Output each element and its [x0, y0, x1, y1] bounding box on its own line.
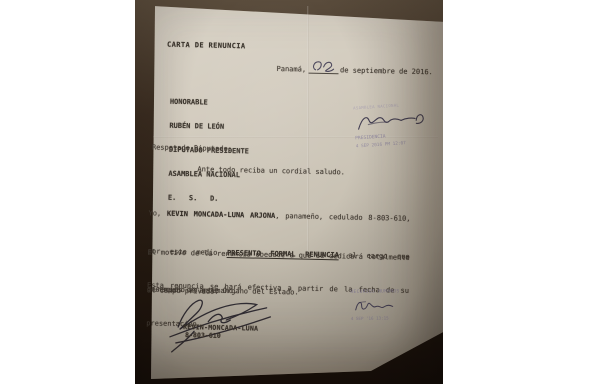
rrhh-stamp-signature-icon: [351, 296, 397, 315]
handwritten-day: [308, 61, 338, 75]
date-prefix: Panamá,: [277, 65, 307, 74]
presidencia-received-stamp: ASAMBLEA NACIONAL PRESIDENCIA 4 SEP 2016…: [353, 99, 443, 152]
recursos-humanos-stamp: RECURSOS HUMANOS 4 SEP '16 13:15: [350, 288, 430, 323]
date-line: Panamá,de septiembre de 2016.: [277, 60, 433, 76]
handwritten-day-scribble-icon: [309, 59, 335, 74]
date-suffix: de septiembre de 2016.: [340, 66, 433, 76]
photo-of-letter: CARTA DE RENUNCIA Panamá,de septiembre d…: [135, 0, 443, 384]
stamp-office-label: RECURSOS HUMANOS: [350, 288, 430, 297]
letter-title: CARTA DE RENUNCIA: [167, 41, 246, 51]
signer-name-inline: KEVIN MONCADA-LUNA ARJONA: [167, 210, 276, 220]
stamp-datetime: 4 SEP '16 13:15: [351, 314, 431, 323]
recipient-line: RUBÉN DE LEÓN: [169, 122, 249, 132]
salutation: Respetado Diputado:: [152, 143, 232, 153]
screenshot-canvas: CARTA DE RENUNCIA Panamá,de septiembre d…: [0, 0, 600, 384]
recipient-line: HONORABLE: [170, 98, 250, 108]
letter-content: CARTA DE RENUNCIA Panamá,de septiembre d…: [135, 0, 443, 384]
typed-signer-id: 8-803-610: [185, 331, 221, 340]
